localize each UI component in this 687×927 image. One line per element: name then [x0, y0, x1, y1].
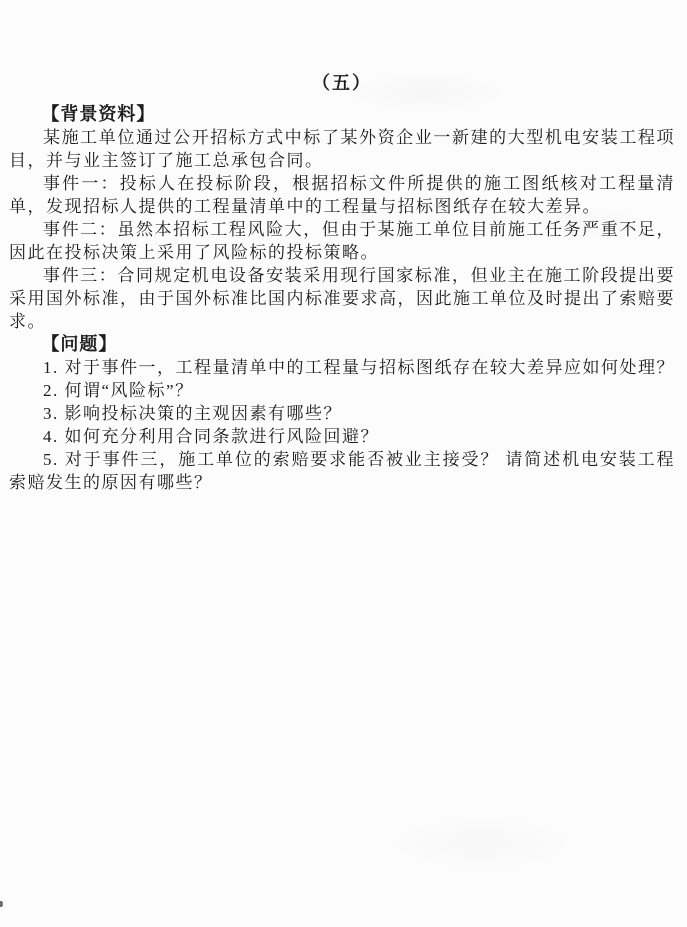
background-paragraph-intro: 某施工单位通过公开招标方式中标了某外资企业一新建的大型机电安装工程项目，并与业主…	[9, 126, 675, 172]
document-content: （五） 【背景资料】 某施工单位通过公开招标方式中标了某外资企业一新建的大型机电…	[0, 0, 687, 494]
question-item-3: 3. 影响投标决策的主观因素有哪些？	[9, 402, 675, 425]
question-item-2: 2. 何谓“风险标”？	[9, 379, 675, 402]
section-header-questions: 【问题】	[9, 333, 675, 356]
case-number-title: （五）	[9, 71, 675, 95]
question-item-5: 5. 对于事件三，施工单位的索赔要求能否被业主接受？ 请简述机电安装工程索赔发生…	[9, 448, 675, 494]
question-item-1: 1. 对于事件一，工程量清单中的工程量与招标图纸存在较大差异应如何处理？	[9, 356, 675, 379]
scan-artifact-speck	[0, 901, 3, 907]
background-paragraph-event3: 事件三：合同规定机电设备安装采用现行国家标准，但业主在施工阶段提出要采用国外标准…	[9, 264, 675, 333]
section-header-background: 【背景资料】	[9, 103, 675, 126]
background-paragraph-event2: 事件二：虽然本招标工程风险大，但由于某施工单位目前施工任务严重不足，因此在投标决…	[9, 218, 675, 264]
question-item-4: 4. 如何充分利用合同条款进行风险回避？	[9, 425, 675, 448]
scanned-document-page: （五） 【背景资料】 某施工单位通过公开招标方式中标了某外资企业一新建的大型机电…	[0, 0, 687, 927]
background-paragraph-event1: 事件一：投标人在投标阶段，根据招标文件所提供的施工图纸核对工程量清单，发现招标人…	[9, 172, 675, 218]
